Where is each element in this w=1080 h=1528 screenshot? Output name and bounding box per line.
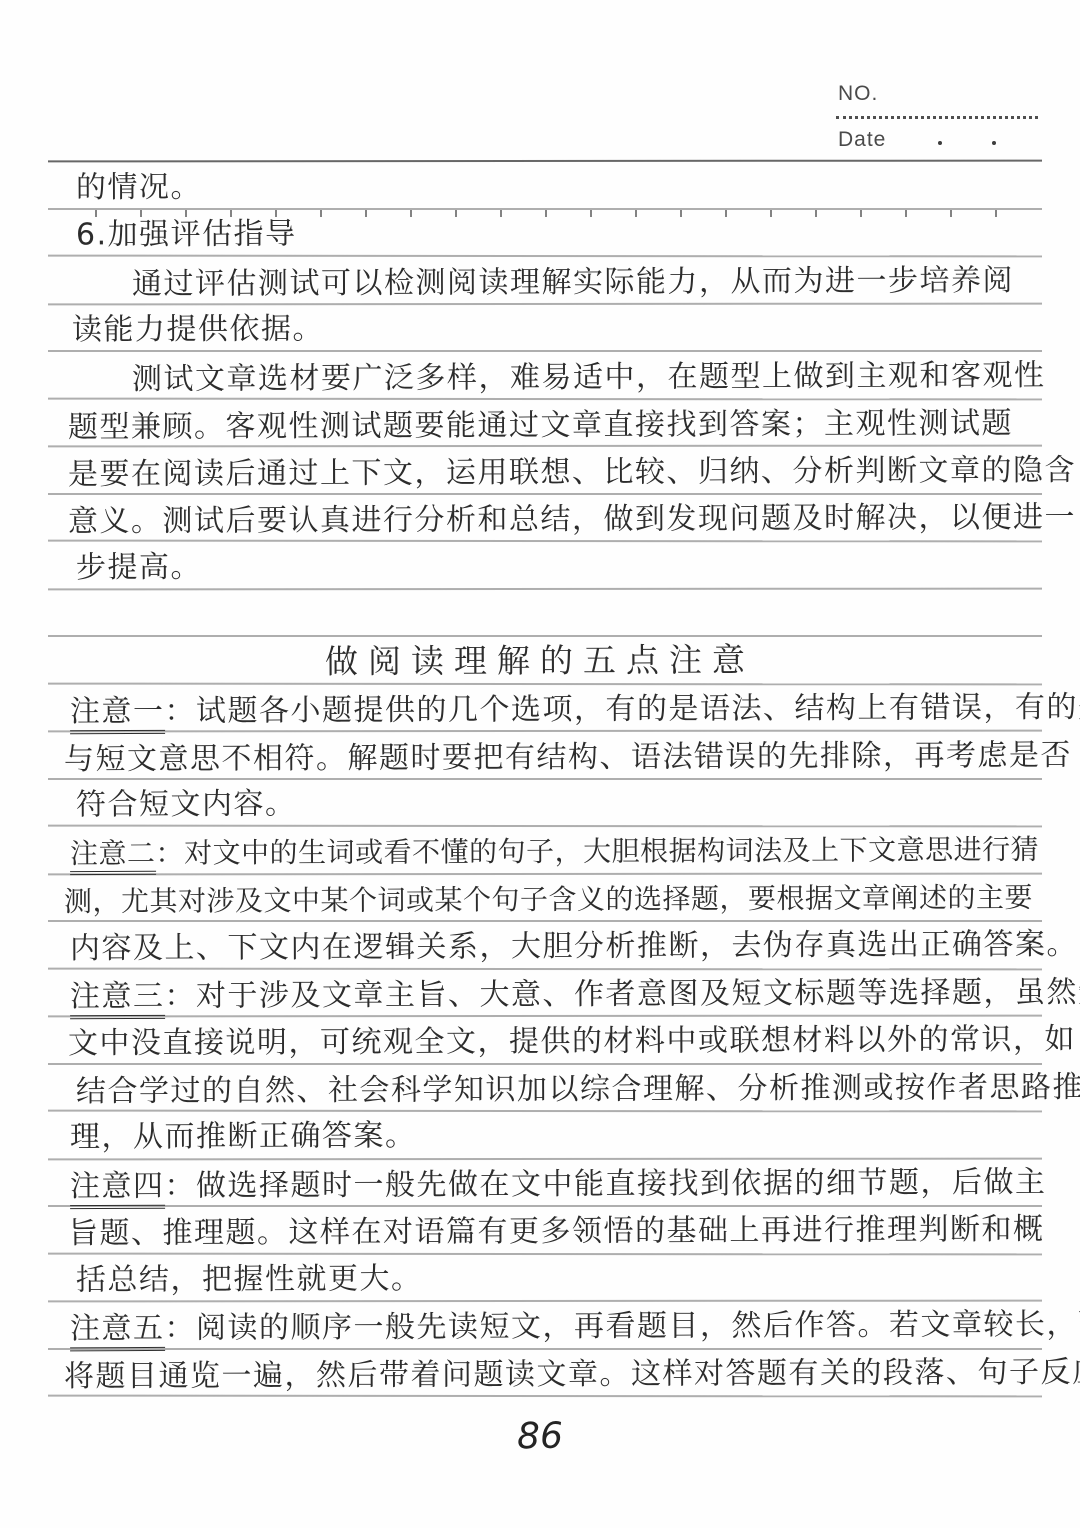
page-number: 86	[0, 1407, 1080, 1467]
handwritten-line: 文中没直接说明，可统观全文，提供的材料中或联想材料以外的常识，如	[68, 1019, 1076, 1065]
handwritten-line: 意义。测试后要认真进行分析和总结，做到发现问题及时解决，以便进一	[68, 497, 1076, 543]
tick-mark	[590, 210, 592, 217]
notice-text: 对文中的生词或看不懂的句子，大胆根据构词法及上下文意思进行猜	[184, 833, 1039, 870]
tick-mark	[680, 210, 682, 217]
tick-mark	[635, 210, 637, 217]
date-label: Date	[838, 128, 886, 152]
no-dotted-line	[836, 116, 1038, 119]
tick-mark	[500, 210, 502, 217]
tick-mark	[320, 210, 322, 217]
handwritten-line: 通过评估测试可以检测阅读理解实际能力，从而为进一步培养阅	[132, 260, 1014, 306]
handwritten-line: 将题目通览一遍，然后带着问题读文章。这样对答题有关的段落、句子反应	[64, 1352, 1080, 1399]
handwritten-line: 结合学过的自然、社会科学知识加以综合理解、分析推测或按作者思路推	[76, 1067, 1080, 1113]
rule-line	[48, 635, 1042, 637]
notice-label: 注意五	[70, 1311, 165, 1351]
handwritten-line: 6.加强评估指导	[76, 214, 297, 257]
handwritten-line: 注意四：做选择题时一般先做在文中能直接找到依据的细节题，后做主	[70, 1162, 1047, 1208]
date-dot	[992, 141, 996, 145]
section-title: 做阅读理解的五点注意	[0, 638, 1080, 685]
tick-mark	[725, 210, 727, 217]
handwritten-line: 内容及上、下文内在逻辑关系，大胆分析推断，去伪存真选出正确答案。	[70, 924, 1078, 970]
tick-mark	[410, 210, 412, 217]
notice-text: 对于涉及文章主旨、大意、作者意图及短文标题等选择题，虽然短	[196, 975, 1080, 1014]
tick-mark	[995, 210, 997, 217]
notice-text: 阅读的顺序一般先读短文，再看题目，然后作答。若文章较长，可先	[196, 1307, 1080, 1346]
notice-label: 注意一	[70, 694, 165, 734]
handwritten-line: 是要在阅读后通过上下文，运用联想、比较、归纳、分析判断文章的隐含	[68, 450, 1076, 496]
handwritten-line: 测，尤其对涉及文中某个词或某个句子含义的选择题，要根据文章阐述的主要	[64, 877, 1033, 923]
handwritten-line: 括总结，把握性就更大。	[76, 1258, 423, 1302]
handwritten-line: 的情况。	[76, 167, 202, 210]
handwritten-line: 注意二：对文中的生词或看不懂的句子，大胆根据构词法及上下文意思进行猜	[70, 829, 1039, 875]
handwritten-line: 读能力提供依据。	[72, 308, 324, 351]
rule-line	[48, 160, 1042, 163]
notice-colon: ：	[155, 837, 184, 870]
handwritten-line: 注意三：对于涉及文章主旨、大意、作者意图及短文标题等选择题，虽然短	[70, 972, 1080, 1019]
handwritten-line: 测试文章选材要广泛多样，难易适中，在题型上做到主观和客观性	[132, 355, 1046, 401]
tick-mark	[770, 210, 772, 217]
handwritten-line: 与短文意思不相符。解题时要把有结构、语法错误的先排除，再考虑是否	[64, 735, 1072, 781]
tick-mark	[455, 210, 457, 217]
notebook-page: NO. Date 的情况。 6.加强评估指导 通过评估测试可以检测阅读理解实际能…	[0, 0, 1080, 1528]
tick-mark	[815, 210, 817, 217]
no-label: NO.	[838, 82, 878, 106]
handwritten-line: 注意一：试题各小题提供的几个选项，有的是语法、结构上有错误，有的是	[70, 687, 1080, 734]
handwritten-line: 旨题、推理题。这样在对语篇有更多领悟的基础上再进行推理判断和概	[68, 1209, 1045, 1255]
handwritten-line: 注意五：阅读的顺序一般先读短文，再看题目，然后作答。若文章较长，可先	[70, 1304, 1080, 1351]
handwritten-line: 步提高。	[76, 547, 202, 590]
notice-label: 注意四	[70, 1169, 165, 1209]
tick-mark	[545, 210, 547, 217]
tick-mark	[905, 210, 907, 217]
notice-colon: ：	[164, 979, 196, 1014]
tick-mark	[950, 210, 952, 217]
notice-colon: ：	[164, 1169, 196, 1204]
notice-label: 注意二	[70, 837, 156, 875]
notice-label: 注意三	[70, 979, 165, 1019]
handwritten-line: 题型兼顾。客观性测试题要能通过文章直接找到答案；主观性测试题	[68, 403, 1013, 449]
notice-text: 做选择题时一般先做在文中能直接找到依据的细节题，后做主	[196, 1165, 1047, 1204]
handwritten-line: 符合短文内容。	[76, 784, 297, 827]
tick-mark	[365, 210, 367, 217]
handwritten-line: 理，从而推断正确答案。	[70, 1115, 417, 1159]
date-dot	[938, 141, 942, 145]
notice-text: 试题各小题提供的几个选项，有的是语法、结构上有错误，有的是	[196, 690, 1080, 729]
tick-mark	[860, 210, 862, 217]
notice-colon: ：	[164, 694, 196, 729]
notice-colon: ：	[164, 1311, 196, 1346]
